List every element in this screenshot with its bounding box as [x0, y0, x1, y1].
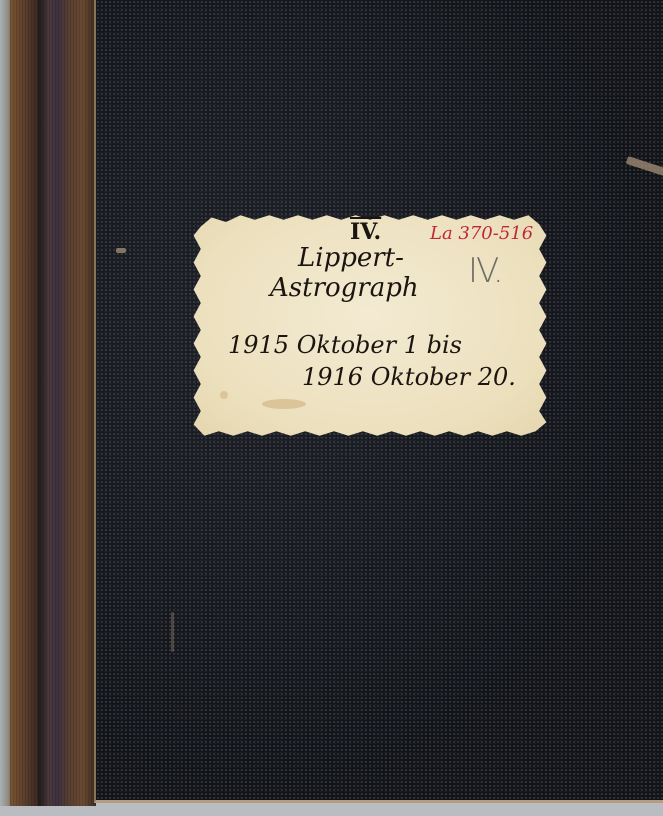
label-title-line-2: Astrograph: [270, 273, 419, 303]
label-date-line-1: 1915 Oktober 1 bis: [228, 331, 462, 359]
volume-numeral: IV.: [350, 219, 381, 245]
pencil-numeral: IV.: [468, 251, 502, 291]
notebook: IV. La 370-516 IV. Lippert- Astrograph 1…: [0, 0, 663, 806]
label-stain: [220, 391, 228, 399]
book-spine: [10, 0, 96, 806]
cover-scuff: [171, 612, 174, 652]
cover-scuff: [116, 248, 126, 253]
background-surface: [0, 806, 663, 816]
cover-label: IV. La 370-516 IV. Lippert- Astrograph 1…: [190, 213, 550, 438]
label-date-line-2: 1916 Oktober 20.: [302, 363, 516, 391]
shelfmark-number: La 370-516: [430, 223, 533, 244]
cover-scuff: [626, 156, 663, 176]
label-stain: [262, 399, 306, 409]
label-title-line-1: Lippert-: [298, 243, 404, 273]
